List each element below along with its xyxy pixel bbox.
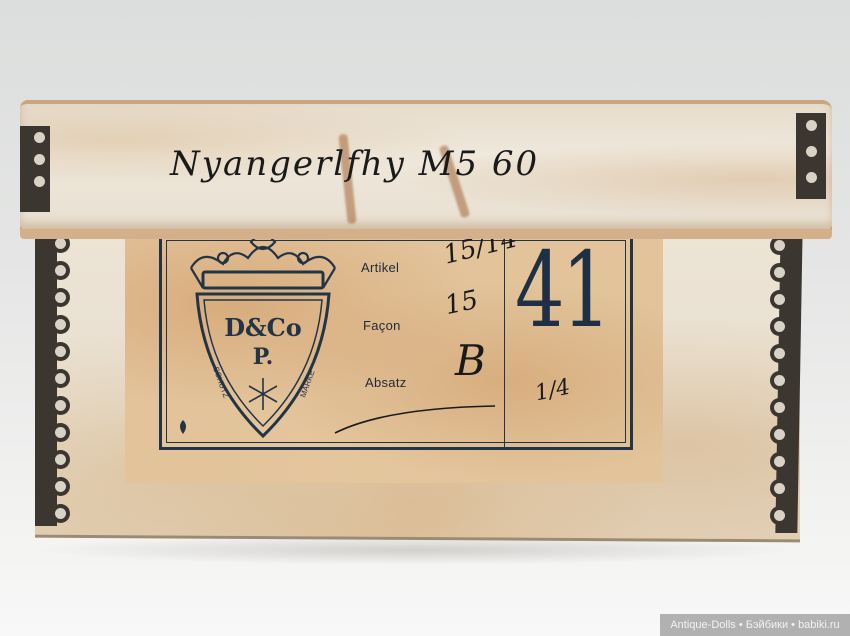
rivet-hole bbox=[55, 373, 66, 384]
rivet-hole bbox=[34, 154, 45, 165]
rivet-hole bbox=[806, 120, 817, 131]
lid-handwriting: Nyangerlfhy M5 60 bbox=[170, 144, 539, 184]
rivet-hole bbox=[55, 400, 66, 411]
shoe-size-number: 41 bbox=[515, 238, 608, 342]
rivet-hole bbox=[774, 429, 785, 440]
rivet-hole bbox=[55, 319, 66, 330]
watermark: Antique-Dolls • Бэйбики • babiki.ru bbox=[660, 614, 850, 636]
field-label-artikel: Artikel bbox=[361, 260, 399, 275]
handwritten-flourish bbox=[325, 378, 505, 438]
rivet-hole bbox=[774, 510, 785, 521]
rivet-hole bbox=[55, 346, 66, 357]
svg-text:D&Co: D&Co bbox=[224, 313, 302, 342]
rivet-hole bbox=[806, 146, 817, 157]
rivet-hole bbox=[774, 402, 785, 413]
rivet-hole bbox=[34, 176, 45, 187]
rivet-hole bbox=[55, 481, 66, 492]
rivet-hole bbox=[774, 267, 785, 278]
rivet-hole bbox=[55, 454, 66, 465]
svg-text:SCHUTZ: SCHUTZ bbox=[211, 366, 231, 400]
rivet-hole bbox=[34, 132, 45, 143]
svg-text:P.: P. bbox=[253, 344, 274, 370]
rivet-hole bbox=[55, 238, 66, 249]
left-metal-strip bbox=[35, 228, 57, 526]
rivet-hole bbox=[55, 265, 66, 276]
rivet-hole bbox=[774, 456, 785, 467]
shoe-box-label: D&Co P. SCHUTZ MARKE Artikel Façon Absat… bbox=[125, 228, 663, 483]
rivet-hole bbox=[806, 172, 817, 183]
rivet-hole bbox=[774, 240, 785, 251]
field-label-facon: Façon bbox=[363, 318, 401, 333]
spade-ornament-icon bbox=[180, 420, 186, 434]
rivet-hole bbox=[55, 427, 66, 438]
box-lid: Nyangerlfhy M5 60 bbox=[20, 100, 832, 229]
crown-icon bbox=[191, 235, 335, 288]
rivet-hole bbox=[55, 292, 66, 303]
snowflake-icon bbox=[249, 378, 277, 410]
rivet-hole bbox=[774, 375, 785, 386]
rivet-hole bbox=[774, 294, 785, 305]
rivet-hole bbox=[774, 321, 785, 332]
rivet-hole bbox=[55, 508, 66, 519]
rivet-hole bbox=[774, 483, 785, 494]
rivet-hole bbox=[774, 348, 785, 359]
